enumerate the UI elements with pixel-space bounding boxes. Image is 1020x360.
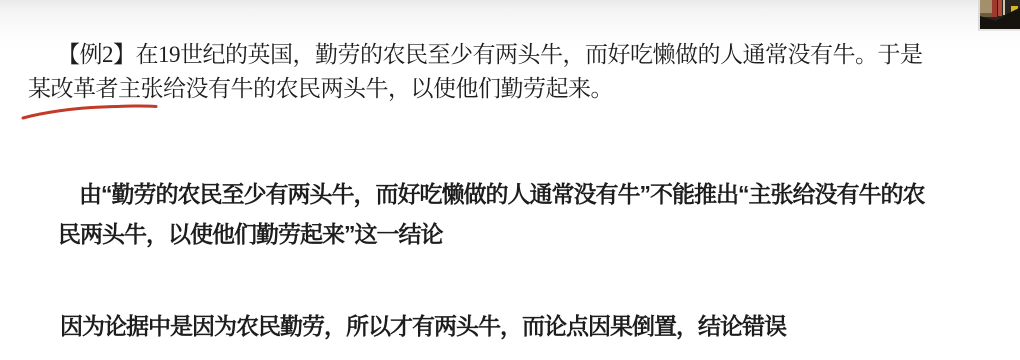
example-paragraph-line-1: 【例2】在19世纪的英国，勤劳的农民至少有两头牛，而好吃懒做的人通常没有牛。于是 — [57, 41, 923, 70]
bookshelf-wood-graphic — [980, 0, 992, 14]
conclusion-line: 因为论据中是因为农民勤劳，所以才有两头牛，而论点因果倒置，结论错误 — [60, 312, 786, 341]
analysis-paragraph-line-1: 由“勤劳的农民至少有两头牛，而好吃懒做的人通常没有牛”不能推出“主张给没有牛的农 — [79, 180, 925, 209]
red-book-spine-graphic — [992, 0, 997, 17]
webcam-video-thumbnail[interactable] — [978, 0, 1020, 31]
lecture-slide: 【例2】在19世纪的英国，勤劳的农民至少有两头牛，而好吃懒做的人通常没有牛。于是… — [0, 0, 1020, 360]
light-book-spine-graphic — [1003, 0, 1005, 15]
analysis-paragraph-line-2: 民两头牛，以使他们勤劳起来”这一结论 — [58, 220, 443, 249]
example-paragraph-line-2: 某改革者主张给没有牛的农民两头牛，以使他们勤劳起来。 — [28, 75, 613, 104]
bookshelf-edge-graphic — [980, 13, 992, 17]
red-book-spine-2-graphic — [998, 0, 1002, 16]
red-underline-annotation — [20, 102, 160, 122]
